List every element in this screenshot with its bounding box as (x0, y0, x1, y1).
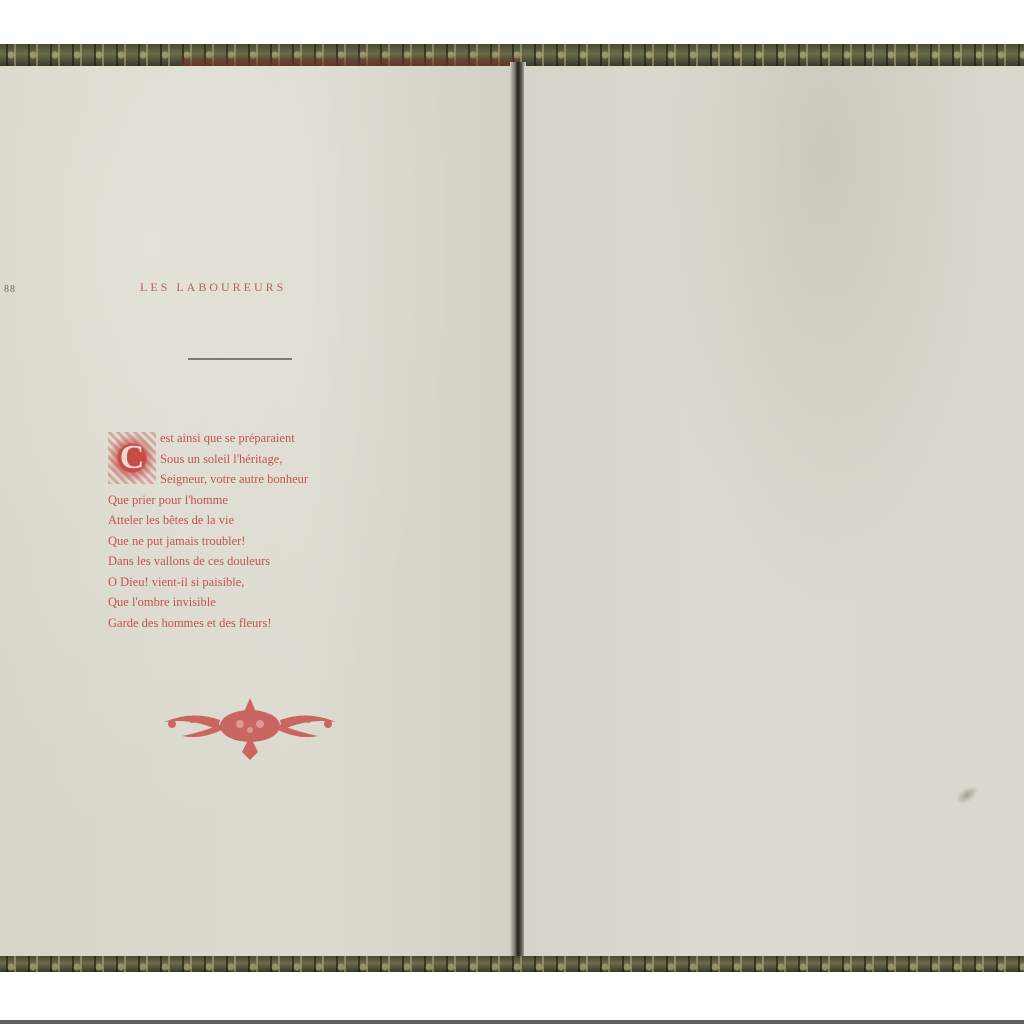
poem: C est ainsi que se préparaient Sous un s… (108, 428, 388, 633)
poem-line: Que ne put jamais troubler! (108, 531, 388, 552)
poem-line: Que prier pour l'homme (108, 490, 388, 511)
running-head: LES LABOUREURS (140, 280, 340, 295)
poem-line: Que l'ombre invisible (108, 592, 388, 613)
bottom-gilt-border (0, 956, 1024, 972)
paper-stain (952, 782, 981, 808)
poem-line: O Dieu! vient-il si paisible, (108, 572, 388, 593)
drop-cap: C (108, 432, 156, 484)
title-rule (188, 358, 292, 360)
poem-line: Dans les vallons de ces douleurs (108, 551, 388, 572)
right-page (524, 66, 1024, 956)
left-page: 88 LES LABOUREURS C est ainsi que se pré… (0, 66, 514, 956)
open-book: 88 LES LABOUREURS C est ainsi que se pré… (0, 44, 1024, 972)
poem-line: Atteler les bêtes de la vie (108, 510, 388, 531)
top-border-red-segment (180, 54, 520, 66)
page-number: 88 (4, 284, 16, 295)
poem-line: Garde des hommes et des fleurs! (108, 613, 388, 634)
floral-ornament-icon (152, 696, 348, 762)
frame-bottom-line (0, 1020, 1024, 1024)
